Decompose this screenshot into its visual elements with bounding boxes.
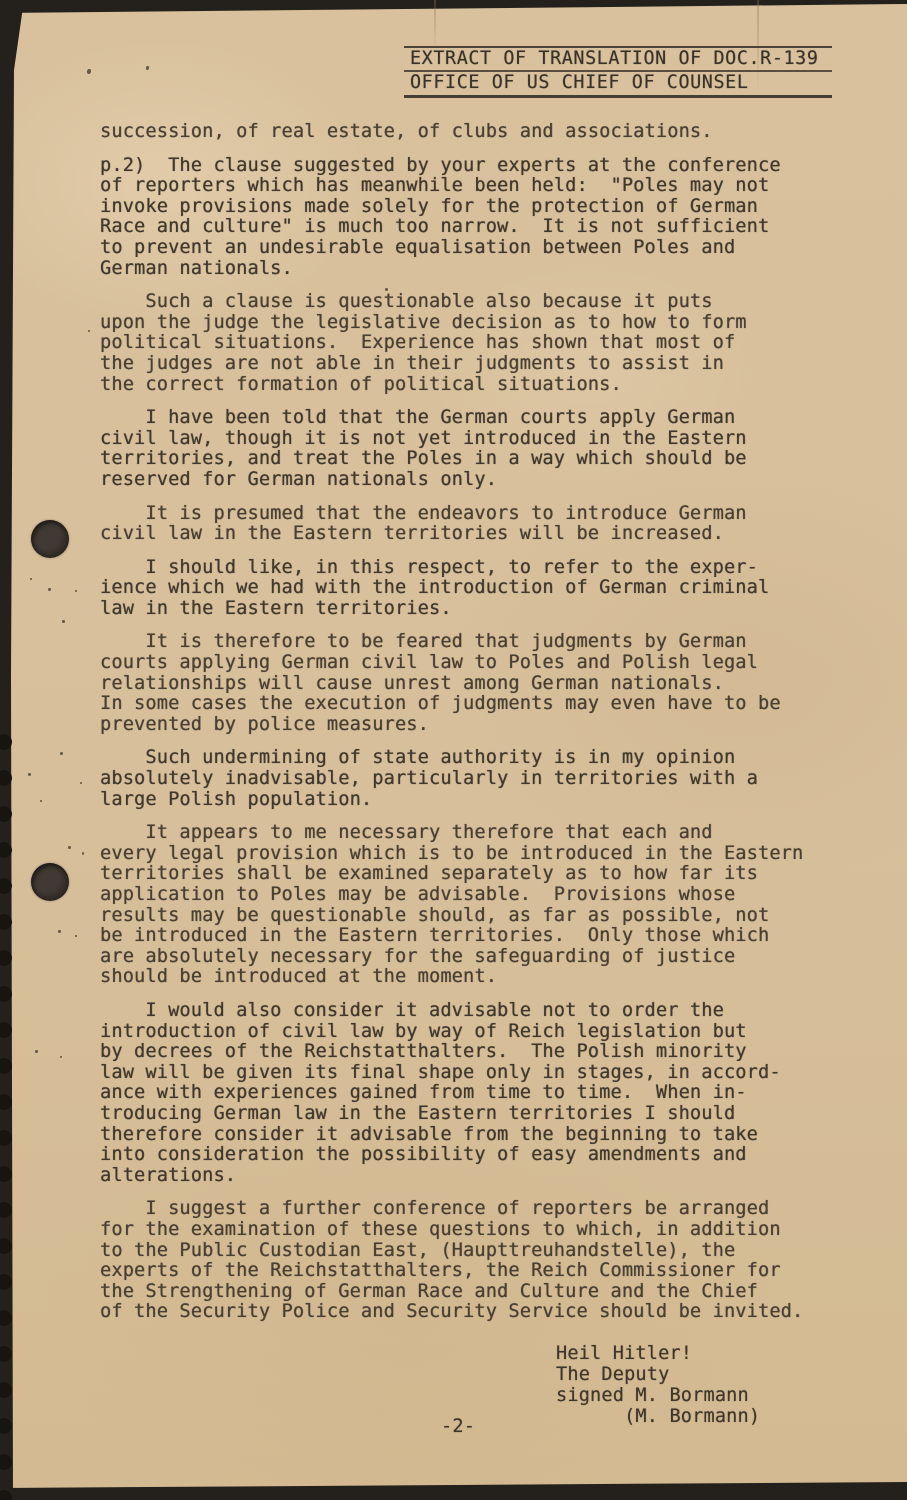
- signature-line: (M. Bormann): [556, 1406, 760, 1427]
- signature-line: The Deputy: [556, 1364, 760, 1385]
- ink-speck: [40, 800, 42, 802]
- ink-speck: [87, 69, 91, 74]
- scan-edge-bottom: [0, 1478, 907, 1500]
- document-body: succession, of real estate, of clubs and…: [100, 122, 840, 1336]
- paragraph: Such a clause is questionable also becau…: [100, 292, 840, 395]
- ink-speck: [60, 752, 63, 755]
- paragraph: I would also consider it advisable not t…: [100, 1001, 840, 1186]
- signature-block: Heil Hitler!The Deputysigned M. Bormann …: [556, 1343, 760, 1427]
- header-extract-line: EXTRACT OF TRANSLATION OF DOC.R-139: [404, 48, 832, 72]
- paragraph: succession, of real estate, of clubs and…: [100, 122, 840, 143]
- scan-edge-top: [0, 0, 907, 14]
- ink-speck: [68, 846, 71, 849]
- ink-speck: [80, 782, 82, 784]
- ink-speck: [62, 620, 65, 623]
- paragraph: I should like, in this respect, to refer…: [100, 558, 840, 620]
- ink-speck: [28, 773, 31, 776]
- ink-speck: [146, 66, 149, 70]
- signature-line: signed M. Bormann: [556, 1385, 760, 1406]
- paragraph: I suggest a further conference of report…: [100, 1199, 840, 1323]
- punch-hole: [31, 863, 69, 901]
- header-office-line: OFFICE OF US CHIEF OF COUNSEL: [404, 72, 832, 95]
- document-header-stamp: EXTRACT OF TRANSLATION OF DOC.R-139 OFFI…: [404, 46, 832, 98]
- paragraph: I have been told that the German courts …: [100, 408, 840, 490]
- paragraph: It is presumed that the endeavors to int…: [100, 504, 840, 545]
- ink-speck: [30, 578, 32, 580]
- paragraph: Such undermining of state authority is i…: [100, 748, 840, 810]
- ink-speck: [82, 852, 84, 855]
- page-number: -2-: [441, 1416, 475, 1437]
- ink-speck: [88, 330, 90, 332]
- ink-speck: [48, 588, 51, 591]
- paper-crease: [434, 0, 436, 52]
- ink-speck: [75, 935, 77, 937]
- punch-hole: [31, 520, 69, 558]
- ink-speck: [75, 590, 77, 592]
- ink-speck: [58, 930, 61, 933]
- signature-line: Heil Hitler!: [556, 1343, 760, 1364]
- scanned-document-page: EXTRACT OF TRANSLATION OF DOC.R-139 OFFI…: [0, 0, 907, 1500]
- paragraph: It is therefore to be feared that judgme…: [100, 632, 840, 735]
- ink-speck: [35, 1050, 38, 1053]
- paragraph: p.2) The clause suggested by your expert…: [100, 156, 840, 280]
- paragraph: It appears to me necessary therefore tha…: [100, 823, 840, 988]
- ink-speck: [60, 1056, 62, 1058]
